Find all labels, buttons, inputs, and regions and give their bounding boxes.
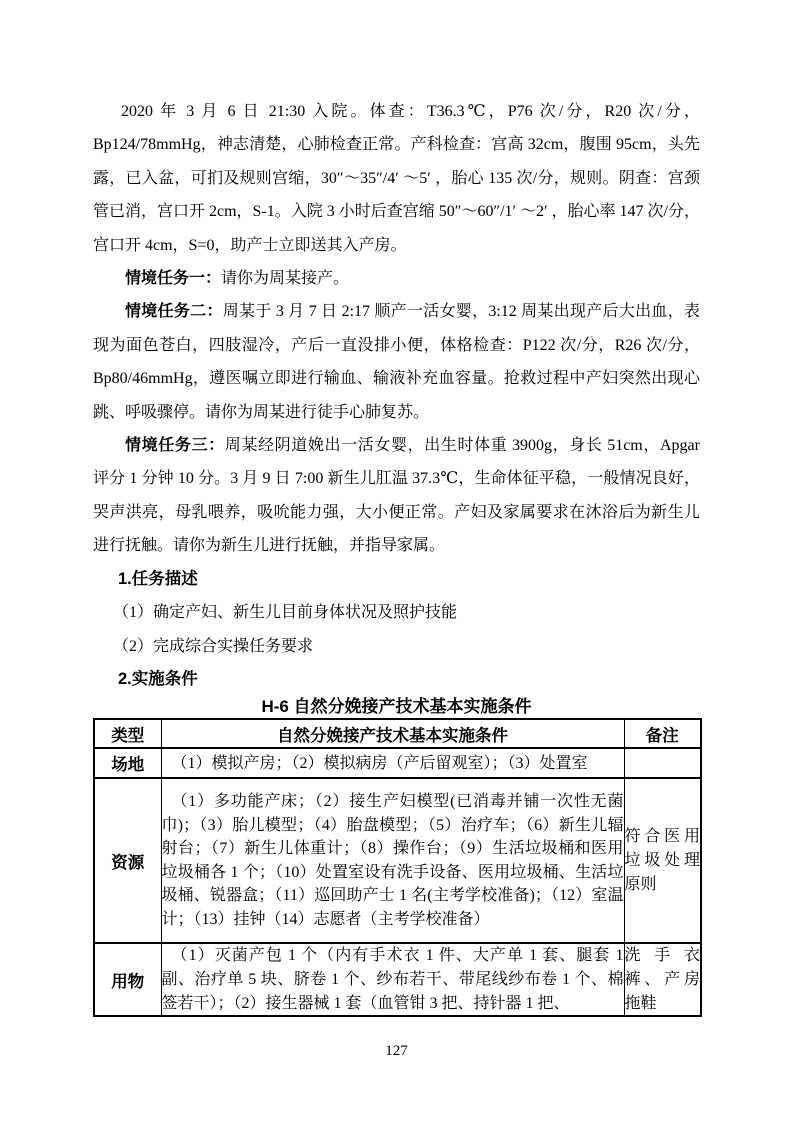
task-3-paragraph: 情境任务三：周某经阴道娩出一活女婴，出生时体重 3900g，身长 51cm，Ap… [93,429,700,563]
page-content: 2020 年 3 月 6 日 21:30 入院。体查：T36.3℃，P76 次/… [93,95,700,1017]
site-remark-cell [624,748,701,778]
admission-paragraph: 2020 年 3 月 6 日 21:30 入院。体查：T36.3℃，P76 次/… [93,95,700,262]
admission-text: 2020 年 3 月 6 日 21:30 入院。体查：T36.3℃，P76 次/… [93,103,700,254]
table-header-row: 类型 自然分娩接产技术基本实施条件 备注 [94,719,701,748]
supply-remark-cell: 洗手衣裤、产房拖鞋 [624,943,701,1016]
page-number: 127 [0,1042,793,1060]
section-1-item-1: （1）确定产妇、新生儿目前身体状况及照护技能 [93,596,700,629]
table-row-resource: 资源 （1）多功能产床；（2）接生产妇模型(已消毒并铺一次性无菌巾)；（3）胎儿… [94,778,701,943]
site-type-cell: 场地 [94,748,161,778]
header-remark: 备注 [624,719,701,748]
table-row-site: 场地 （1）模拟产房；（2）模拟病房（产后留观室）；（3）处置室 [94,748,701,778]
document-page: 2020 年 3 月 6 日 21:30 入院。体查：T36.3℃，P76 次/… [0,0,793,1122]
resource-type-cell: 资源 [94,778,161,943]
site-content-cell: （1）模拟产房；（2）模拟病房（产后留观室）；（3）处置室 [161,748,624,778]
resource-remark-cell: 符合医用垃圾处理原则 [624,778,701,943]
supply-type-cell: 用物 [94,943,161,1016]
section-1-item-2: （2）完成综合实操任务要求 [93,630,700,663]
task-1-label: 情境任务一： [125,270,221,287]
section-2-title: 2.实施条件 [93,663,700,696]
table-caption: H-6 自然分娩接产技术基本实施条件 [93,696,700,718]
supply-content-cell: （1）灭菌产包 1 个（内有手术衣 1 件、大产单 1 套、腿套 1 副、治疗单… [161,943,624,1016]
task-2-text: 周某于 3 月 7 日 2:17 顺产一活女婴，3:12 周某出现产后大出血，表… [93,303,700,420]
task-2-paragraph: 情境任务二：周某于 3 月 7 日 2:17 顺产一活女婴，3:12 周某出现产… [93,295,700,429]
header-conditions: 自然分娩接产技术基本实施条件 [161,719,624,748]
table-row-supply: 用物 （1）灭菌产包 1 个（内有手术衣 1 件、大产单 1 套、腿套 1 副、… [94,943,701,1016]
task-2-label: 情境任务二： [125,303,223,320]
conditions-table: 类型 自然分娩接产技术基本实施条件 备注 场地 （1）模拟产房；（2）模拟病房（… [93,718,702,1017]
task-1-paragraph: 情境任务一：请你为周某接产。 [93,262,700,295]
header-type: 类型 [94,719,161,748]
task-3-text: 周某经阴道娩出一活女婴，出生时体重 3900g，身长 51cm，Apgar 评分… [93,437,700,554]
task-1-text: 请你为周某接产。 [221,270,349,287]
resource-content-cell: （1）多功能产床；（2）接生产妇模型(已消毒并铺一次性无菌巾)；（3）胎儿模型；… [161,778,624,943]
task-3-label: 情境任务三： [125,437,225,454]
section-1-title: 1.任务描述 [93,563,700,596]
